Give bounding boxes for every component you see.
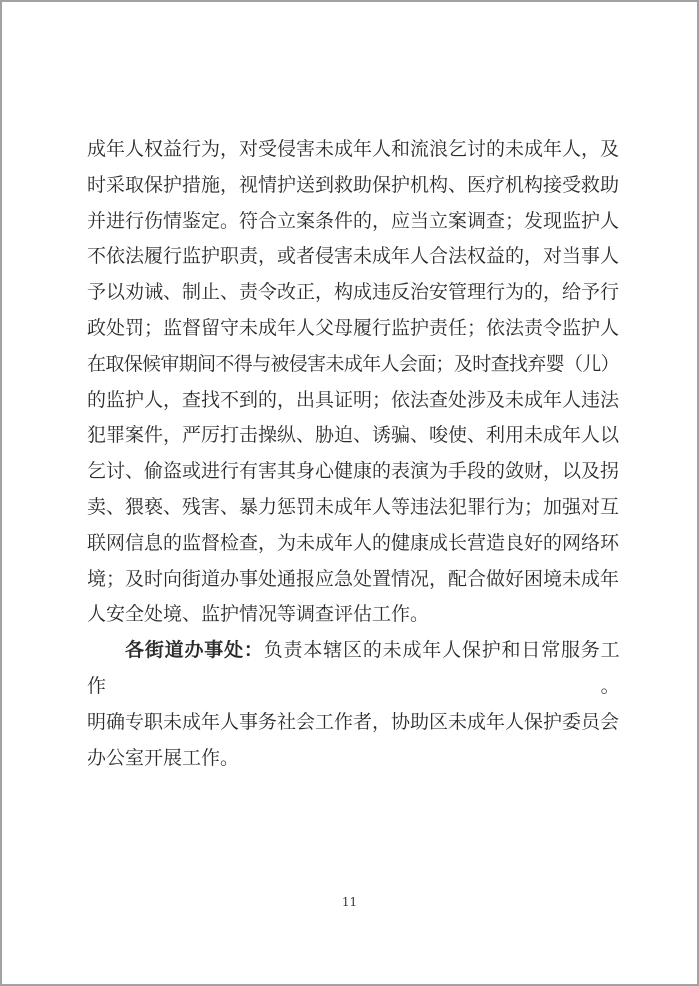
document-page: 成年人权益行为，对受侵害未成年人和流浪乞讨的未成年人，及时采取保护措施，视情护送…	[0, 0, 699, 986]
text-line: 联网信息的监督检查，为未成年人的健康成长营造良好的网络环	[87, 526, 619, 562]
text-line: 乞讨、偷盗或进行有害其身心健康的表演为手段的敛财，以及拐	[87, 454, 619, 490]
text-line: 不依法履行监护职责，或者侵害未成年人合法权益的，对当事人	[87, 239, 619, 275]
duties-continued-paragraph: 成年人权益行为，对受侵害未成年人和流浪乞讨的未成年人，及时采取保护措施，视情护送…	[87, 132, 619, 633]
text-line: 境；及时向街道办事处通报应急处置情况，配合做好困境未成年	[87, 562, 619, 598]
text-line: 在取保候审期间不得与被侵害未成年人会面；及时查找弃婴（儿）	[87, 347, 619, 383]
street-offices-paragraph: 各街道办事处：负责本辖区的未成年人保护和日常服务工作。明确专职未成年人事务社会工…	[87, 633, 619, 776]
text-line: 时采取保护措施，视情护送到救助保护机构、医疗机构接受救助	[87, 168, 619, 204]
text-line: 人安全处境、监护情况等调查评估工作。	[87, 597, 619, 633]
text-line: 卖、猥亵、残害、暴力惩罚未成年人等违法犯罪行为；加强对互	[87, 490, 619, 526]
text-line: 各街道办事处：负责本辖区的未成年人保护和日常服务工作。	[87, 633, 619, 705]
text-line: 办公室开展工作。	[87, 741, 619, 777]
document-body: 成年人权益行为，对受侵害未成年人和流浪乞讨的未成年人，及时采取保护措施，视情护送…	[87, 132, 619, 776]
text-line: 成年人权益行为，对受侵害未成年人和流浪乞讨的未成年人，及	[87, 132, 619, 168]
text-line: 并进行伤情鉴定。符合立案条件的，应当立案调查；发现监护人	[87, 204, 619, 240]
text-line: 政处罚；监督留守未成年人父母履行监护责任；依法责令监护人	[87, 311, 619, 347]
page-number: 11	[2, 895, 697, 909]
text-line: 犯罪案件，严厉打击操纵、胁迫、诱骗、唆使、利用未成年人以	[87, 418, 619, 454]
text-line: 明确专职未成年人事务社会工作者，协助区未成年人保护委员会	[87, 705, 619, 741]
bold-lead-label: 各街道办事处：	[125, 639, 264, 661]
text-line: 予以劝诫、制止、责令改正，构成违反治安管理行为的，给予行	[87, 275, 619, 311]
text-line: 的监护人，查找不到的，出具证明；依法查处涉及未成年人违法	[87, 383, 619, 419]
